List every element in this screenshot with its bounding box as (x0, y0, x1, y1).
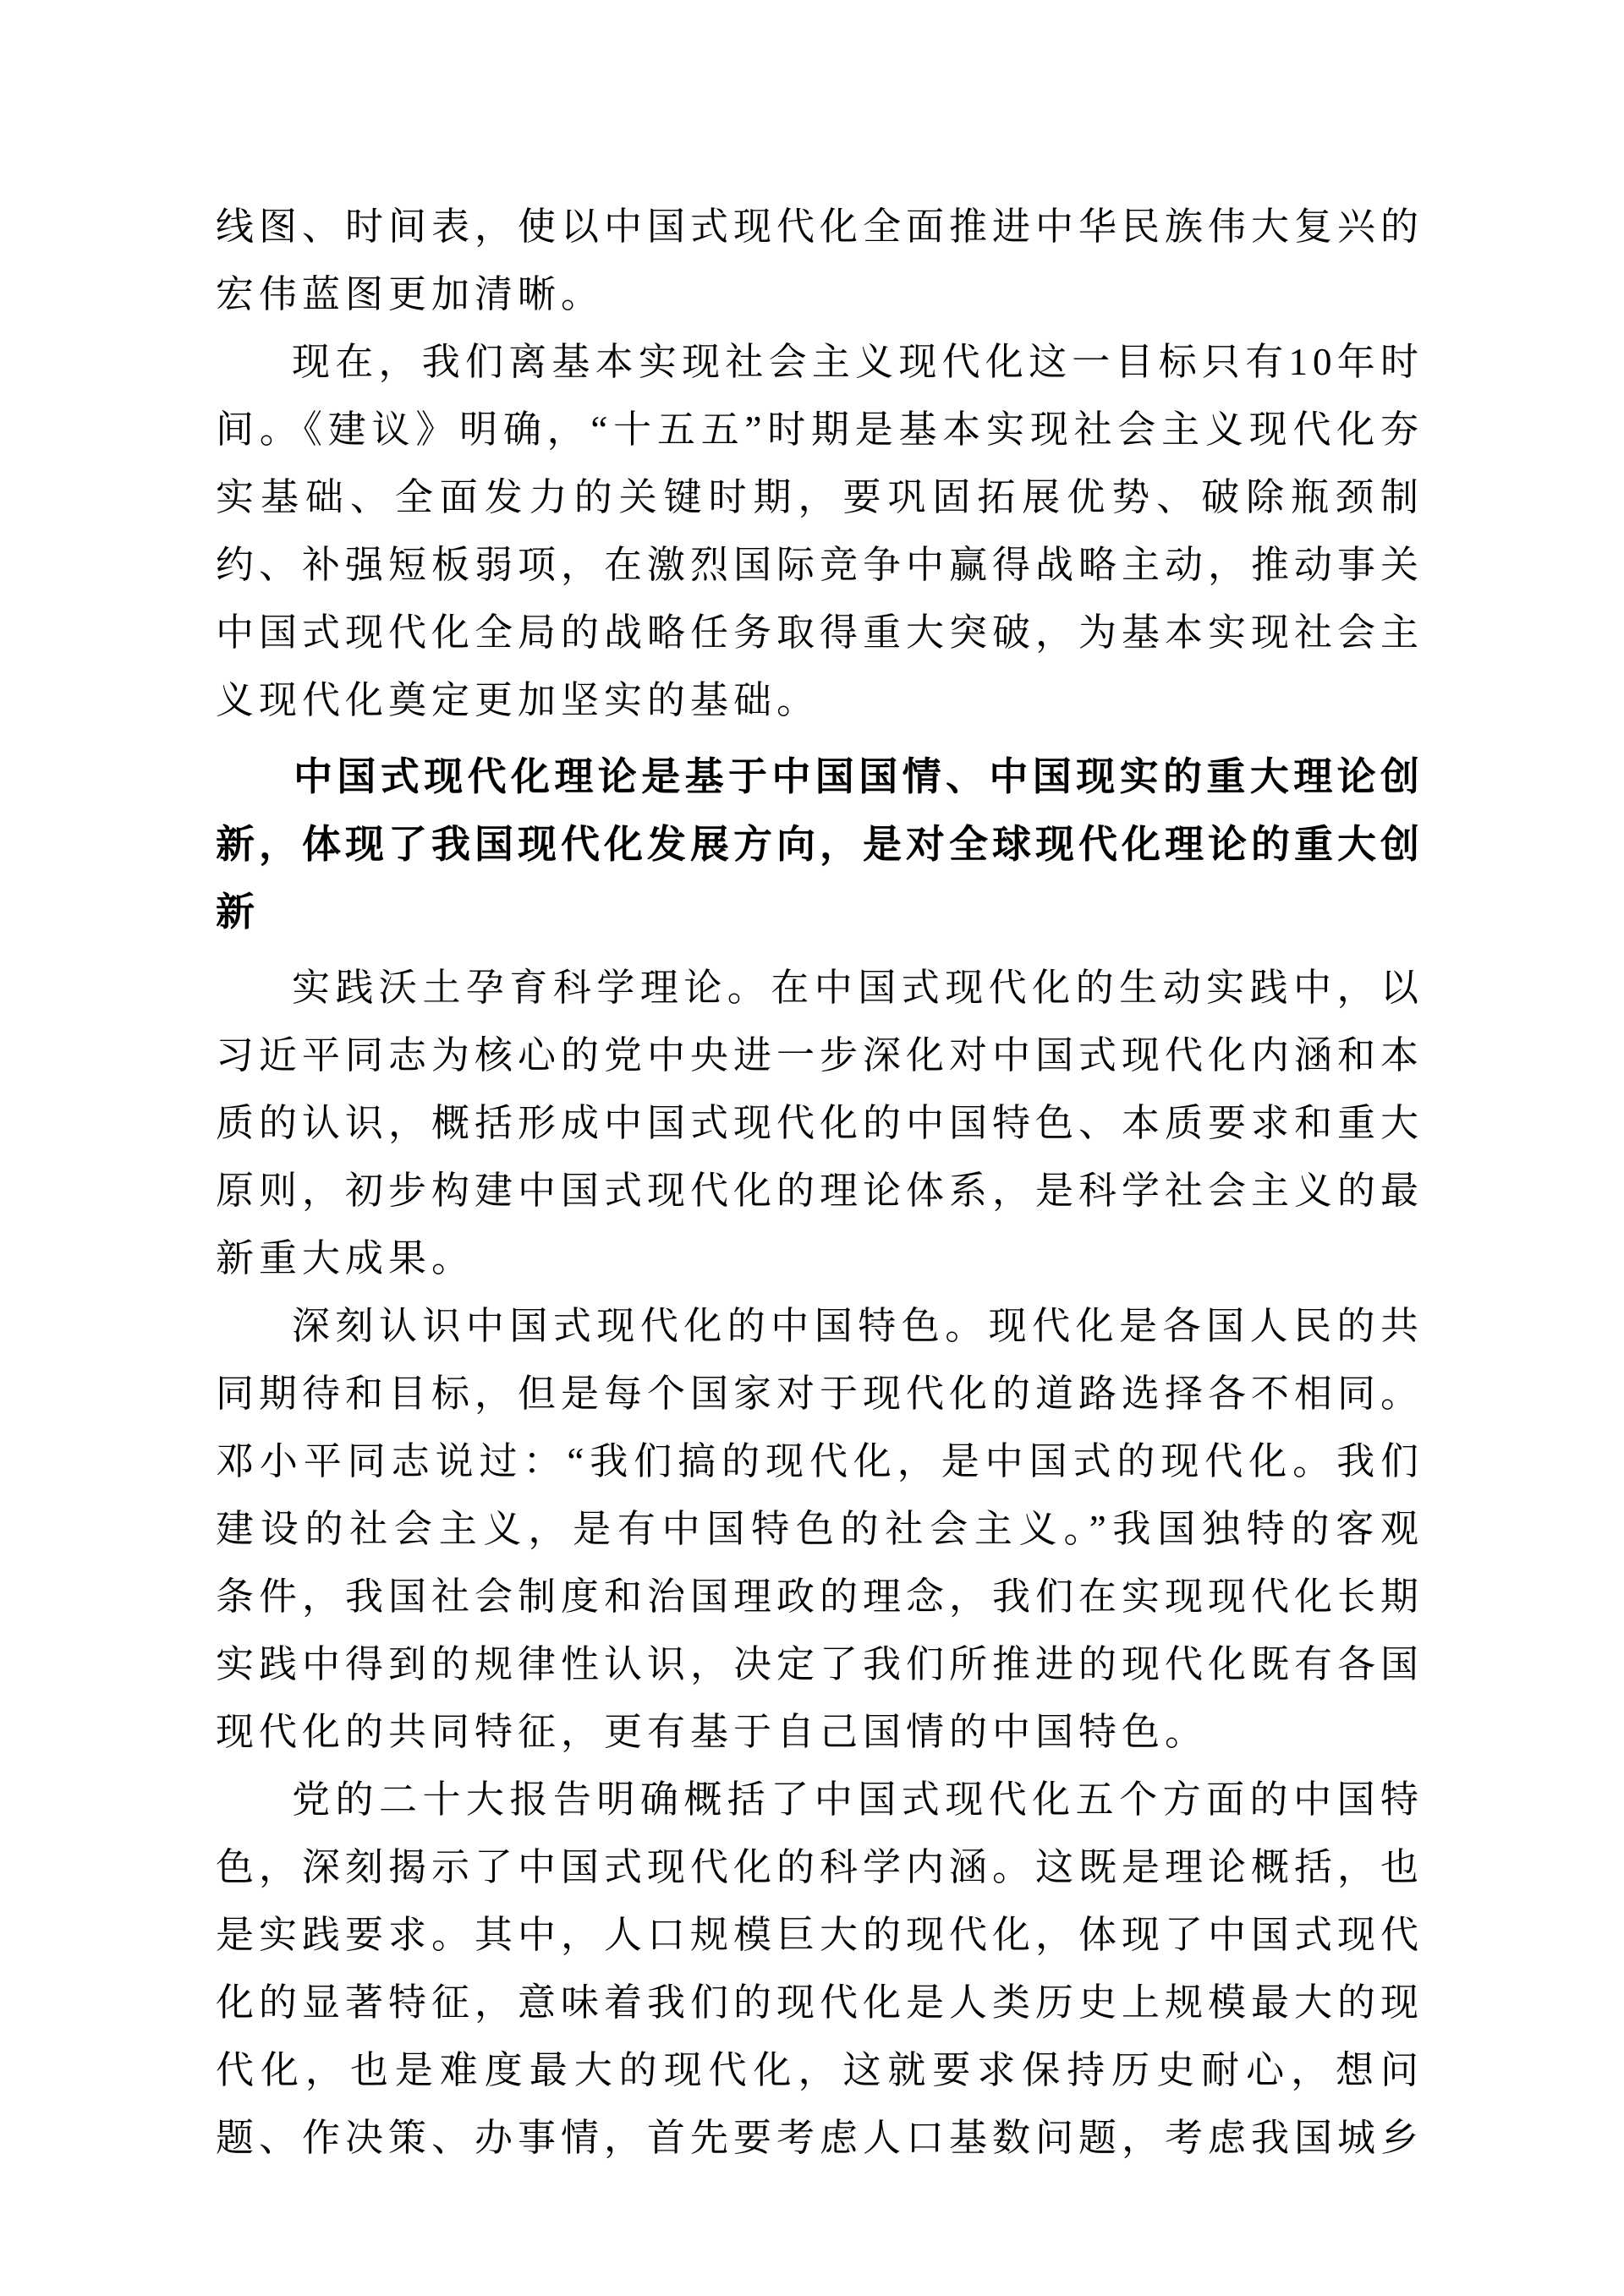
section-heading: 中国式现代化理论是基于中国国情、中国现实的重大理论创新，体现了我国现代化发展方向… (216, 743, 1424, 945)
article-text-block: 线图、时间表，使以中国式现代化全面推进中华民族伟大复兴的宏伟蓝图更加清晰。 现在… (216, 193, 1424, 2172)
body-paragraph-4: 党的二十大报告明确概括了中国式现代化五个方面的中国特色，深刻揭示了中国式现代化的… (216, 1766, 1424, 2172)
document-page: 线图、时间表，使以中国式现代化全面推进中华民族伟大复兴的宏伟蓝图更加清晰。 现在… (0, 0, 1624, 2296)
body-paragraph-1: 现在，我们离基本实现社会主义现代化这一目标只有10年时间。《建议》明确，“十五五… (216, 328, 1424, 734)
body-paragraph-continuation: 线图、时间表，使以中国式现代化全面推进中华民族伟大复兴的宏伟蓝图更加清晰。 (216, 193, 1424, 328)
body-paragraph-2: 实践沃土孕育科学理论。在中国式现代化的生动实践中，以习近平同志为核心的党中央进一… (216, 954, 1424, 1292)
body-paragraph-3: 深刻认识中国式现代化的中国特色。现代化是各国人民的共同期待和目标，但是每个国家对… (216, 1292, 1424, 1766)
